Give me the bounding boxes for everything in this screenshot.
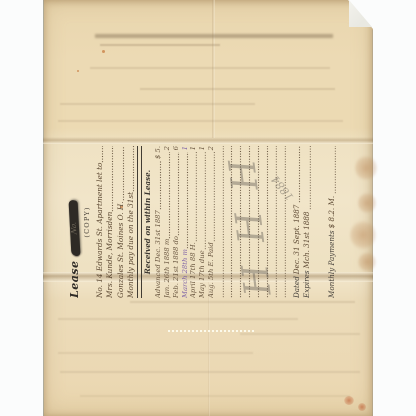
dotted-leader	[270, 146, 277, 298]
ledger-row-empty	[215, 146, 224, 298]
speck	[77, 70, 79, 72]
entry-date: Aug. 5th E. Paid	[207, 242, 215, 298]
fold-crease-vertical-top	[212, 0, 215, 138]
rust-spot	[344, 396, 354, 405]
dotted-leader	[244, 146, 251, 298]
entry-date: April 17th 88 H.	[189, 242, 197, 298]
copy-label: (COPY)	[83, 146, 93, 298]
dotted-leader	[226, 146, 233, 298]
ink-showthrough	[58, 352, 253, 354]
ink-showthrough	[240, 333, 360, 335]
ledger-row-empty	[233, 146, 242, 298]
entry-date: Feb. 21st 1888 do	[172, 236, 180, 298]
dotted-leader	[279, 146, 286, 298]
monthly-payments-value: $ 8.2. M.	[327, 196, 336, 229]
speck	[102, 50, 105, 53]
entry-date: March 28th m	[181, 249, 189, 298]
ledger-row-empty	[277, 146, 286, 298]
ledger-row-purple-ink: March 28th m 1	[180, 146, 189, 298]
dotted-leader	[235, 146, 242, 298]
dotted-leader	[329, 146, 336, 194]
expires-label: Expires	[302, 270, 311, 298]
monthly-payments-label: Monthly Payments	[327, 230, 336, 298]
addressee-line: Monthly pay due on the 31st	[125, 146, 136, 298]
dated-label: Dated	[292, 276, 301, 298]
ledger-row-empty	[242, 146, 251, 298]
rust-spot	[358, 403, 366, 411]
dotted-leader	[253, 146, 260, 298]
ledger-row-empty	[260, 146, 269, 298]
expires-line: Expires Mch. 31st 1888	[301, 146, 312, 298]
dotted-leader	[262, 146, 269, 298]
addressee-line: Gonzales St. Moines O. H.	[114, 146, 125, 298]
ledger-row: Aug. 5th E. Paid 2	[206, 146, 215, 298]
ink-showthrough	[130, 301, 355, 303]
ledger-row: May 17th due 1	[197, 146, 206, 298]
ink-showthrough	[90, 67, 330, 69]
dotted-leader	[217, 146, 224, 298]
dotted-leader	[107, 146, 114, 212]
dotted-leader	[294, 146, 301, 203]
ledger-row: Feb. 21st 1888 do 6	[171, 146, 180, 298]
addressee-text: Mrs. Kunde, Morrisden	[105, 212, 114, 298]
entry-value: 1	[198, 146, 206, 150]
ledger-row-empty	[224, 146, 233, 298]
ledger-row: Jan. 26th 1888 m 2	[162, 146, 171, 298]
dotted-leader	[128, 146, 135, 192]
entry-date: May 17th due	[198, 250, 206, 298]
addressee-line: Mrs. Kunde, Morrisden	[104, 146, 115, 298]
dotted-leader	[199, 152, 206, 250]
scanned-lease-photo: Lease No. (COPY) No. 14 Edwards St. Apar…	[0, 0, 416, 416]
dotted-leader	[173, 152, 180, 236]
ink-showthrough	[100, 44, 220, 46]
ink-showthrough	[58, 318, 298, 320]
received-heading: Received on within Lease.	[143, 146, 153, 298]
addressee-text: No. 14 Edwards St. Apartment let to	[95, 163, 104, 298]
ink-showthrough	[58, 120, 343, 122]
dotted-leader	[164, 152, 171, 238]
docket-panel: Lease No. (COPY) No. 14 Edwards St. Apar…	[64, 146, 346, 298]
ink-showthrough	[60, 103, 255, 105]
dotted-leader	[304, 146, 311, 210]
entry-value: 1	[181, 146, 189, 150]
entry-value: 1	[189, 146, 197, 150]
dotted-leader	[208, 152, 215, 242]
addressee-text: Monthly pay due on the 31st	[126, 192, 135, 298]
pressure-mark	[168, 330, 256, 332]
addressee-text: Gonzales St. Moines O. H.	[116, 201, 125, 298]
entry-value: $ 5.	[154, 146, 162, 159]
dotted-leader	[182, 152, 189, 249]
monthly-payments-line: Monthly Payments $ 8.2. M.	[325, 146, 336, 298]
paper-edge-left	[43, 0, 44, 416]
ink-showthrough	[95, 34, 333, 38]
entry-value: 2	[207, 146, 215, 150]
ink-showthrough	[60, 371, 360, 373]
dotted-leader	[118, 146, 125, 201]
ledger-row-empty	[251, 146, 260, 298]
docket-rotated-text: Lease No. (COPY) No. 14 Edwards St. Apar…	[64, 146, 346, 298]
double-rule	[137, 146, 142, 298]
dotted-leader	[97, 146, 104, 163]
ledger-row: Advanced Dec. 31st 1887 $ 5.	[153, 146, 162, 298]
folded-corner	[349, 0, 372, 27]
dotted-leader	[190, 152, 197, 242]
entry-date: Jan. 26th 1888 m	[163, 239, 171, 298]
entry-value: 2	[163, 146, 171, 150]
foxing-stain	[358, 192, 376, 214]
foxing-stain	[350, 220, 376, 250]
expires-value: Mch. 31st 1888	[302, 212, 311, 269]
addressee-line: No. 14 Edwards St. Apartment let to	[93, 146, 104, 298]
paper-edge-right	[372, 30, 373, 416]
dated-line: Dated Dec. 31 Sept. 1887	[290, 146, 301, 298]
entry-value: 6	[172, 146, 180, 150]
entry-date: Advanced Dec. 31st 1887	[154, 210, 162, 298]
fold-crease-top	[43, 137, 373, 144]
lease-number-label: No.	[70, 221, 79, 235]
ink-stamp-blot: No.	[68, 199, 80, 257]
lease-title: Lease	[68, 260, 81, 298]
dated-value: Dec. 31 Sept. 1887	[292, 205, 301, 275]
dotted-leader	[155, 161, 162, 210]
foxing-stain	[358, 252, 376, 272]
ledger-row-empty	[269, 146, 278, 298]
ink-showthrough	[80, 395, 350, 397]
ledger-row: April 17th 88 H. 1	[189, 146, 198, 298]
ink-showthrough	[140, 88, 335, 90]
lease-title-row: Lease No.	[64, 146, 83, 298]
foxing-stain	[355, 155, 377, 181]
